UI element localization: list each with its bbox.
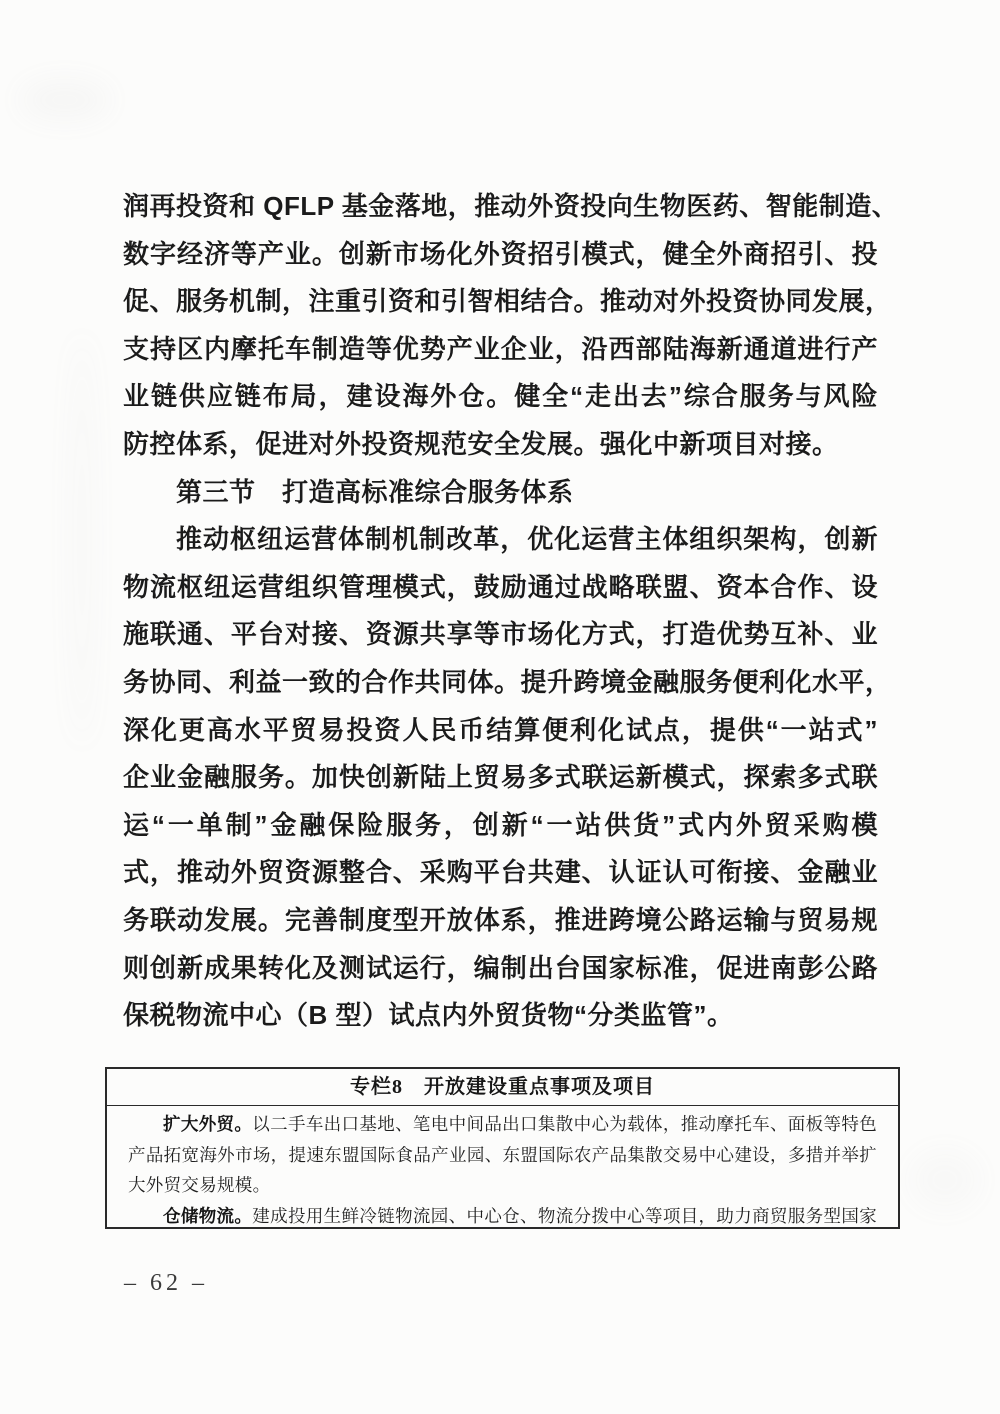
scan-artifact: [70, 330, 94, 750]
body-line: 式，推动外贸资源整合、采购平台共建、认证认可衔接、金融业: [123, 849, 878, 897]
callout-box-title: 专栏8 开放建设重点事项及项目: [107, 1069, 898, 1106]
body-line: 支持区内摩托车制造等优势产业企业，沿西部陆海新通道进行产: [123, 326, 878, 374]
box-paragraph-lead: 扩大外贸。: [163, 1114, 252, 1134]
body-line: 运“一单制”金融保险服务，创新“一站供货”式内外贸采购模: [123, 802, 878, 850]
body-line: 数字经济等产业。创新市场化外资招引模式，健全外商招引、投: [123, 231, 878, 279]
body-line: 务联动发展。完善制度型开放体系，推进跨境公路运输与贸易规: [123, 897, 878, 945]
box-paragraph: 仓储物流。建成投用生鲜冷链物流园、中心仓、物流分拨中心等项目，助力商贸服务型国家…: [128, 1201, 877, 1229]
body-line: 促、服务机制，注重引资和引智相结合。推动对外投资协同发展，: [123, 278, 878, 326]
body-line: 润再投资和 QFLP 基金落地，推动外资投向生物医药、智能制造、: [123, 183, 878, 231]
document-page: 润再投资和 QFLP 基金落地，推动外资投向生物医药、智能制造、数字经济等产业。…: [0, 0, 1000, 1414]
body-line: 施联通、平台对接、资源共享等市场化方式，打造优势互补、业: [123, 611, 878, 659]
body-line: 保税物流中心（B 型）试点内外贸货物“分类监管”。: [123, 992, 878, 1040]
callout-box-column8: 专栏8 开放建设重点事项及项目 扩大外贸。以二手车出口基地、笔电中间品出口集散中…: [105, 1067, 900, 1229]
body-line: 推动枢纽运营体制机制改革，优化运营主体组织架构，创新: [123, 516, 878, 564]
body-line: 则创新成果转化及测试运行，编制出台国家标准，促进南彭公路: [123, 945, 878, 993]
page-number: – 62 –: [124, 1270, 208, 1297]
section-heading: 第三节 打造高标准综合服务体系: [123, 469, 878, 517]
scan-artifact: [20, 80, 110, 120]
body-line: 务协同、利益一致的合作共同体。提升跨境金融服务便利化水平，: [123, 659, 878, 707]
body-line: 深化更高水平贸易投资人民币结算便利化试点，提供“一站式”: [123, 707, 878, 755]
box-paragraph: 扩大外贸。以二手车出口基地、笔电中间品出口集散中心为载体，推动摩托车、面板等特色…: [128, 1109, 877, 1201]
scan-artifact: [910, 1150, 980, 1210]
body-line: 业链供应链布局，建设海外仓。健全“走出去”综合服务与风险: [123, 373, 878, 421]
body-line: 企业金融服务。加快创新陆上贸易多式联运新模式，探索多式联: [123, 754, 878, 802]
callout-box-content: 扩大外贸。以二手车出口基地、笔电中间品出口集散中心为载体，推动摩托车、面板等特色…: [107, 1106, 898, 1228]
body-line: 物流枢纽运营组织管理模式，鼓励通过战略联盟、资本合作、设: [123, 564, 878, 612]
box-paragraph-lead: 仓储物流。: [163, 1206, 252, 1226]
body-text: 润再投资和 QFLP 基金落地，推动外资投向生物医药、智能制造、数字经济等产业。…: [123, 183, 878, 1040]
body-line: 防控体系，促进对外投资规范安全发展。强化中新项目对接。: [123, 421, 878, 469]
